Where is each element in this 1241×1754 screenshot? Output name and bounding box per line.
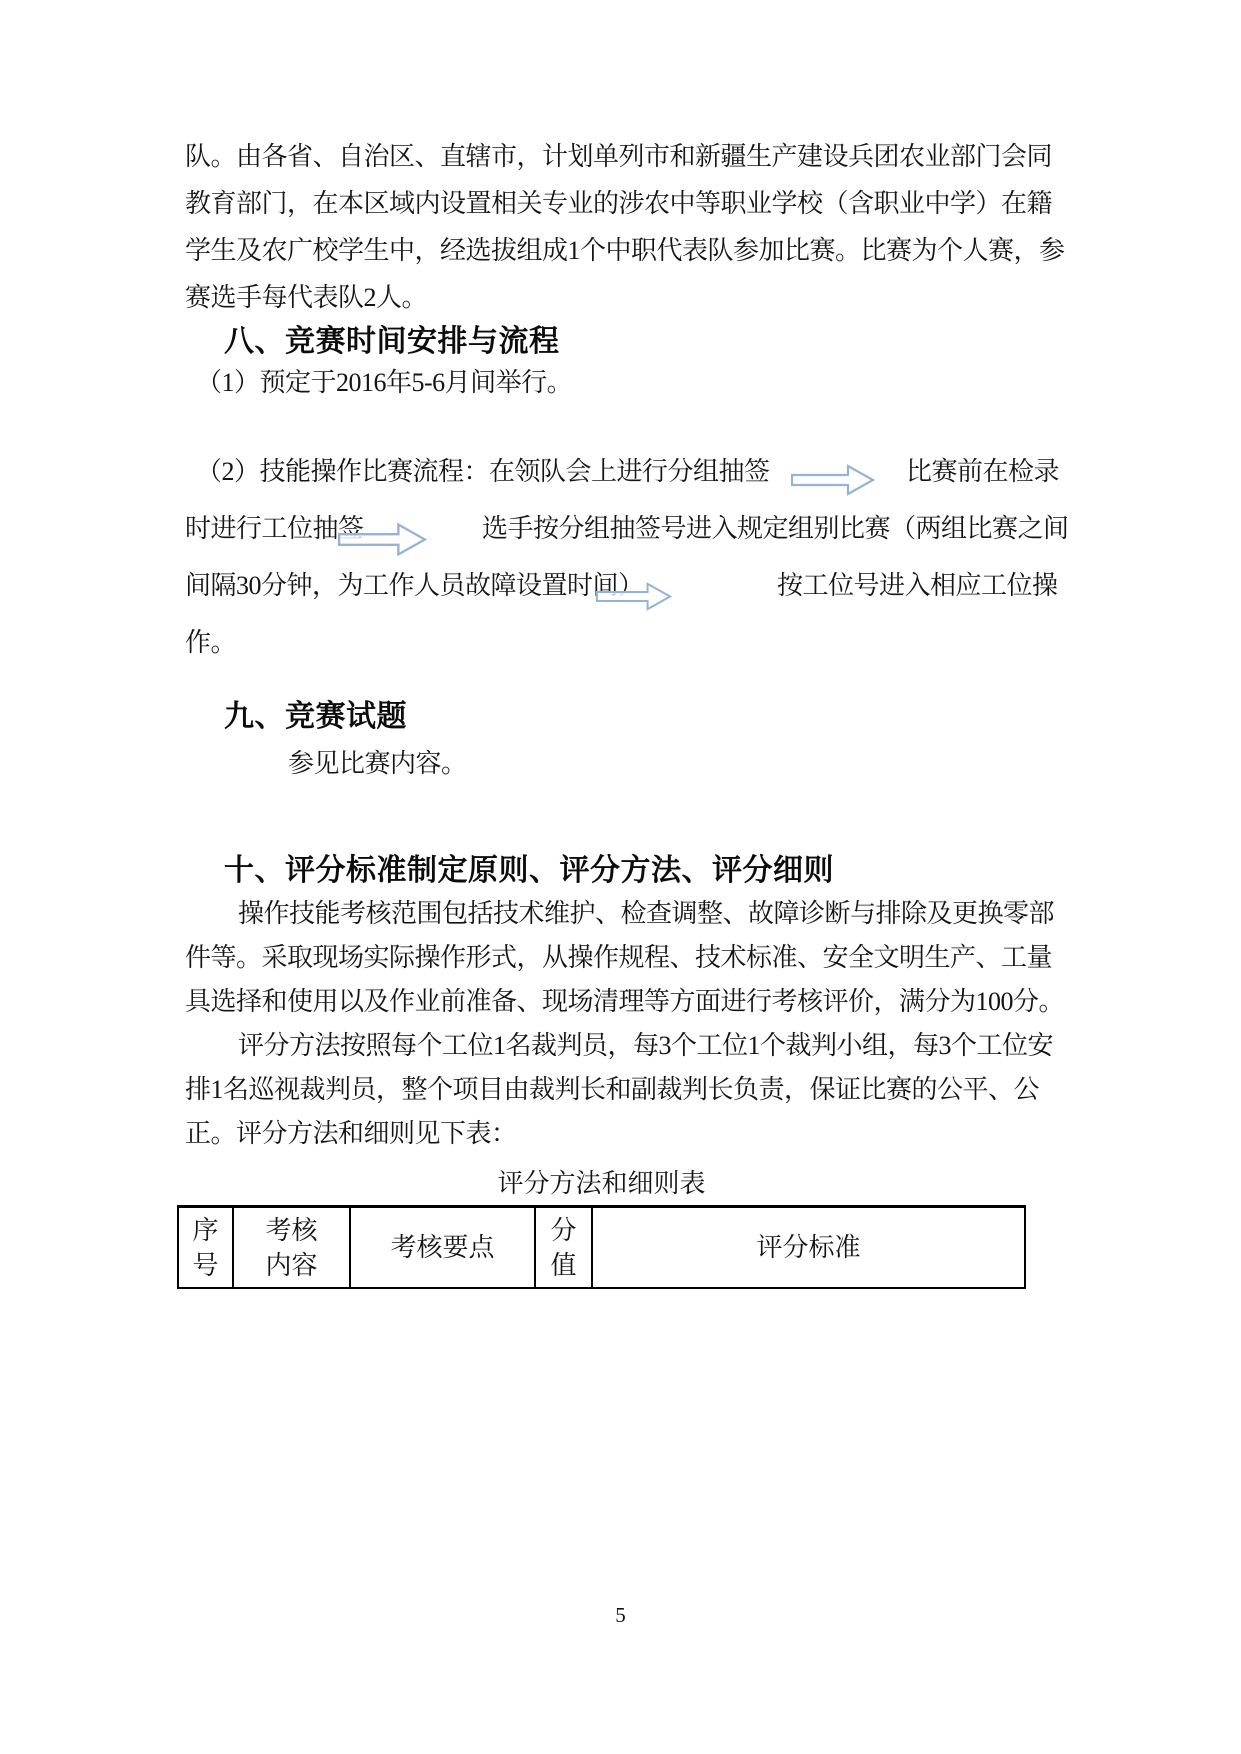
intro-line-2: 教育部门，在本区域内设置相关专业的涉农中等职业学校（含职业中学）在籍: [185, 187, 1052, 221]
table-header-score: 分 值: [536, 1208, 593, 1287]
flow-line1-post: 比赛前在检录: [906, 455, 1059, 489]
section10-line-3: 具选择和使用以及作业前准备、现场清理等方面进行考核评价，满分为100分。: [185, 985, 1064, 1019]
section10-line-6: 正。评分方法和细则见下表：: [185, 1117, 517, 1151]
section10-heading: 十、评分标准制定原则、评分方法、评分细则: [224, 853, 834, 889]
document-page: 队。由各省、自治区、直辖市，计划单列市和新疆生产建设兵团农业部门会同 教育部门，…: [0, 0, 1241, 1754]
intro-line-1: 队。由各省、自治区、直辖市，计划单列市和新疆生产建设兵团农业部门会同: [185, 140, 1052, 174]
intro-line-4: 赛选手每代表队2人。: [185, 281, 427, 315]
flow-line3-pre: 间隔30分钟，为工作人员故障设置时间）: [185, 569, 644, 603]
table-header-index: 序 号: [179, 1208, 234, 1287]
section10-line-2: 件等。采取现场实际操作形式，从操作规程、技术标准、安全文明生产、工量: [185, 941, 1052, 975]
flow-line2-pre: 时进行工位抽签: [185, 512, 364, 546]
table-header-key-points: 考核要点: [351, 1208, 536, 1287]
section8-item1: （1）预定于2016年5-6月间举行。: [196, 366, 572, 400]
flow-line3-post: 按工位号进入相应工位操: [777, 569, 1058, 603]
flow-arrow-icon: [596, 580, 672, 613]
section10-line-4: 评分方法按照每个工位1名裁判员，每3个工位1个裁判小组，每3个工位安: [238, 1029, 1053, 1063]
section9-body: 参见比赛内容。: [288, 747, 467, 781]
page-number: 5: [0, 1603, 1241, 1628]
table-header-criteria: 评分标准: [593, 1208, 1024, 1287]
table-caption: 评分方法和细则表: [177, 1163, 1026, 1200]
section8-heading: 八、竞赛时间安排与流程: [224, 324, 560, 360]
scoring-table: 序 号 考核 内容 考核要点 分 值 评分标准: [177, 1205, 1026, 1289]
section9-heading: 九、竞赛试题: [224, 699, 407, 735]
flow-arrow-icon: [791, 464, 875, 496]
flow-line2-post: 选手按分组抽签号进入规定组别比赛（两组比赛之间: [482, 512, 1069, 546]
flow-line1-pre: （2）技能操作比赛流程：在领队会上进行分组抽签: [196, 455, 770, 489]
section10-line-1: 操作技能考核范围包括技术维护、检查调整、故障诊断与排除及更换零部: [238, 897, 1054, 931]
intro-line-3: 学生及农广校学生中，经选拔组成1个中职代表队参加比赛。比赛为个人赛，参: [185, 234, 1065, 268]
section10-line-5: 排1名巡视裁判员，整个项目由裁判长和副裁判长负责，保证比赛的公平、公: [185, 1073, 1039, 1107]
table-header-content: 考核 内容: [234, 1208, 351, 1287]
flow-arrow-icon: [338, 522, 427, 557]
flow-line4: 作。: [185, 626, 236, 660]
